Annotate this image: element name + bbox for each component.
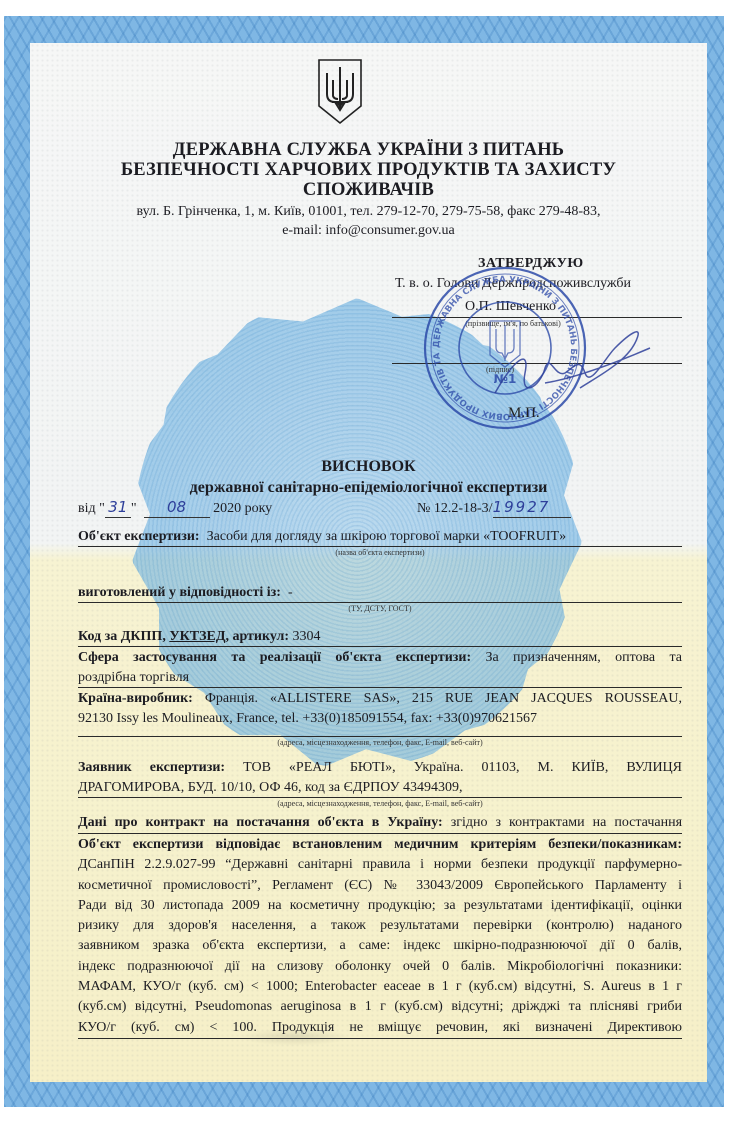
compliance-line: (куб.см) відсутні, Pseudomonas aeruginos… (78, 997, 682, 1017)
country-rule (78, 736, 682, 737)
conclusion-number-handwritten: 19927 (493, 498, 571, 518)
scope-value-cont: роздрібна торгівля (78, 668, 189, 687)
date-year: 2020 року (213, 501, 272, 516)
compliance-line: заявником зразка об'єкта експертизи, а с… (78, 936, 682, 956)
org-address: вул. Б. Грінченка, 1, м. Київ, 01001, те… (30, 203, 707, 221)
applicant-value: ТОВ «РЕАЛ БЮТІ», Україна. 01103, М. КИЇВ… (243, 760, 682, 775)
object-rule (78, 546, 682, 547)
compliance-line: ризику для здоров'я населення, а також р… (78, 916, 682, 936)
country-value: Франція. «ALLISTERE SAS», 215 RUE JEAN J… (205, 691, 682, 706)
faded-stamp-bleed (240, 1028, 350, 1046)
certificate-page: ДЕРЖАВНА СЛУЖБА УКРАЇНИ З ПИТАНЬ БЕЗПЕЧН… (30, 43, 707, 1082)
object-caption: (назва об'єкта експертизи) (78, 548, 682, 558)
date-day: 31 (105, 498, 131, 518)
compliance-line: Ради від 30 листопада 2009 на косметичну… (78, 896, 682, 916)
scope-field: Сфера застосування та реалізації об'єкта… (78, 648, 682, 667)
org-email: e-mail: info@consumer.gov.ua (30, 222, 707, 240)
applicant-rule (78, 797, 682, 798)
compliance-line: МАФАМ, КУО/г (куб. см) < 1000; Enterobac… (78, 977, 682, 997)
scope-rule (78, 687, 682, 688)
code-field: Код за ДКПП, УКТЗЕД, артикул: 3304 (78, 627, 321, 646)
handwritten-signature (485, 318, 655, 408)
made-caption: (ТУ, ДСТУ, ГОСТ) (78, 604, 682, 614)
contract-rule (78, 833, 682, 834)
object-field: Об'єкт експертизи: Засоби для догляду за… (78, 527, 566, 546)
date-month: 08 (144, 498, 210, 518)
trident-coat-of-arms-icon (317, 58, 363, 125)
made-according-field: виготовлений у відповідності із: - (78, 583, 293, 602)
compliance-line: косметичної промисловості”, Регламент (Є… (78, 876, 682, 896)
compliance-line: КУО/г (куб. см) < 100. Продукція не вміщ… (78, 1018, 682, 1039)
org-name-line-2: БЕЗПЕЧНОСТІ ХАРЧОВИХ ПРОДУКТІВ ТА ЗАХИСТ… (30, 160, 707, 180)
compliance-line: ДСанПіН 2.2.9.027-99 “Державні санітарні… (78, 855, 682, 875)
conclusion-subtitle: державної санітарно-епідеміологічної екс… (30, 479, 707, 497)
org-name-line-3: СПОЖИВАЧІВ (30, 180, 707, 200)
scope-value: За призначенням, оптова та (485, 650, 682, 665)
applicant-field: Заявник експертизи: ТОВ «РЕАЛ БЮТІ», Укр… (78, 758, 682, 777)
date-prefix: від "31" 08 2020 року (78, 498, 272, 518)
code-rule (78, 646, 682, 647)
compliance-paragraph: Об'єкт експертизи відповідає встановлени… (78, 835, 682, 1039)
applicant-value-cont: ДРАГОМИРОВА, БУД. 10/10, ОФ 46, код за Є… (78, 778, 463, 797)
conclusion-number: № 12.2-18-3/19927 (417, 498, 571, 518)
country-field: Країна-виробник: Франція. «ALLISTERE SAS… (78, 689, 682, 708)
compliance-line: індекс подразнюючої дії на слизову оболо… (78, 957, 682, 977)
compliance-lead: Об'єкт експертизи відповідає встановлени… (78, 835, 682, 855)
country-value-cont: 92130 Issy les Moulineaux, France, tel. … (78, 709, 537, 728)
made-rule (78, 602, 682, 603)
conclusion-title: ВИСНОВОК (30, 458, 707, 476)
org-name-line-1: ДЕРЖАВНА СЛУЖБА УКРАЇНИ З ПИТАНЬ (30, 140, 707, 160)
contract-value: згідно з контрактами на постачання (451, 815, 682, 830)
object-value: Засоби для догляду за шкірою торгової ма… (207, 529, 566, 544)
country-caption: (адреса, місцезнаходження, телефон, факс… (78, 738, 682, 748)
made-value: - (288, 585, 293, 600)
code-value: 3304 (293, 629, 321, 644)
contract-field: Дані про контракт на постачання об'єкта … (78, 813, 682, 832)
applicant-caption: (адреса, місцезнаходження, телефон, факс… (78, 799, 682, 809)
